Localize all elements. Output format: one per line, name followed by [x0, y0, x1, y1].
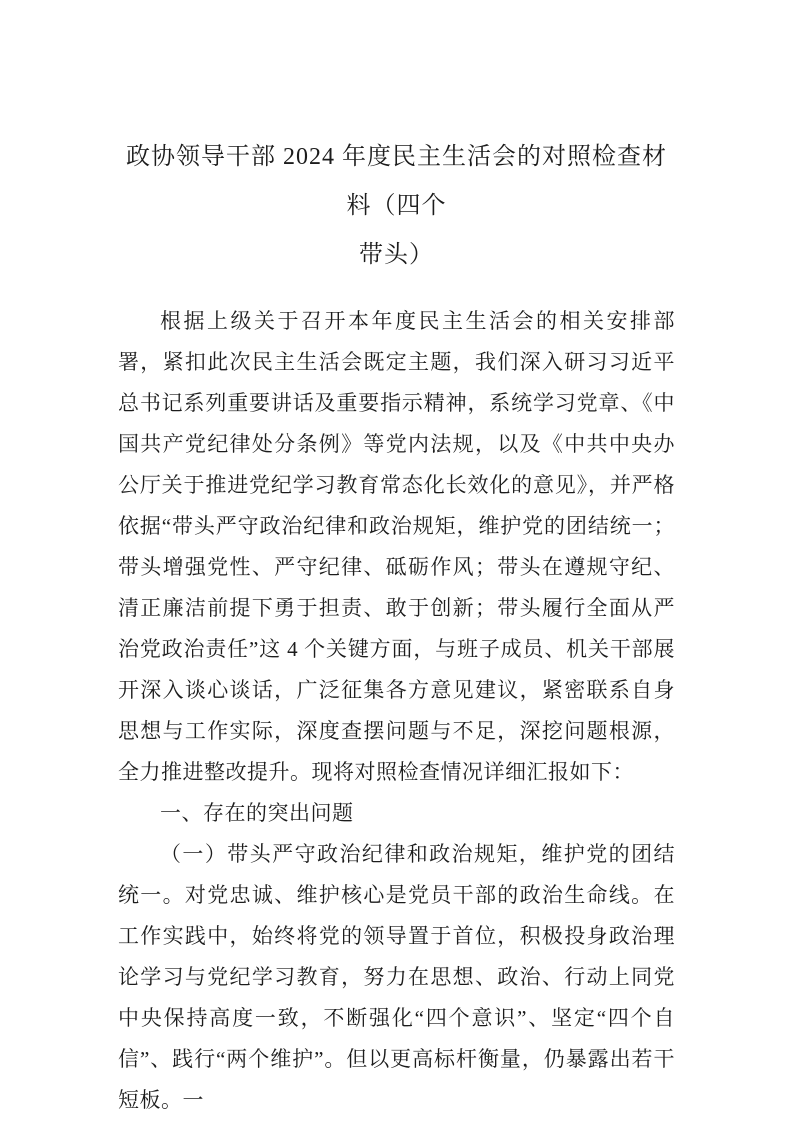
document-title-line-2: 带头）	[118, 231, 675, 280]
paragraph-item-one: （一）带头严守政治纪律和政治规矩，维护党的团结统一。对党忠诚、维护核心是党员干部…	[118, 834, 675, 1121]
document-title-line-1: 政协领导干部 2024 年度民主生活会的对照检查材料（四个	[118, 133, 675, 231]
section-heading-problems: 一、存在的突出问题	[118, 793, 675, 834]
paragraph-intro: 根据上级关于召开本年度民主生活会的相关安排部署，紧扣此次民主生活会既定主题，我们…	[118, 301, 675, 793]
document-page: 政协领导干部 2024 年度民主生活会的对照检查材料（四个 带头） 根据上级关于…	[0, 0, 793, 1122]
document-title: 政协领导干部 2024 年度民主生活会的对照检查材料（四个 带头）	[118, 133, 675, 280]
